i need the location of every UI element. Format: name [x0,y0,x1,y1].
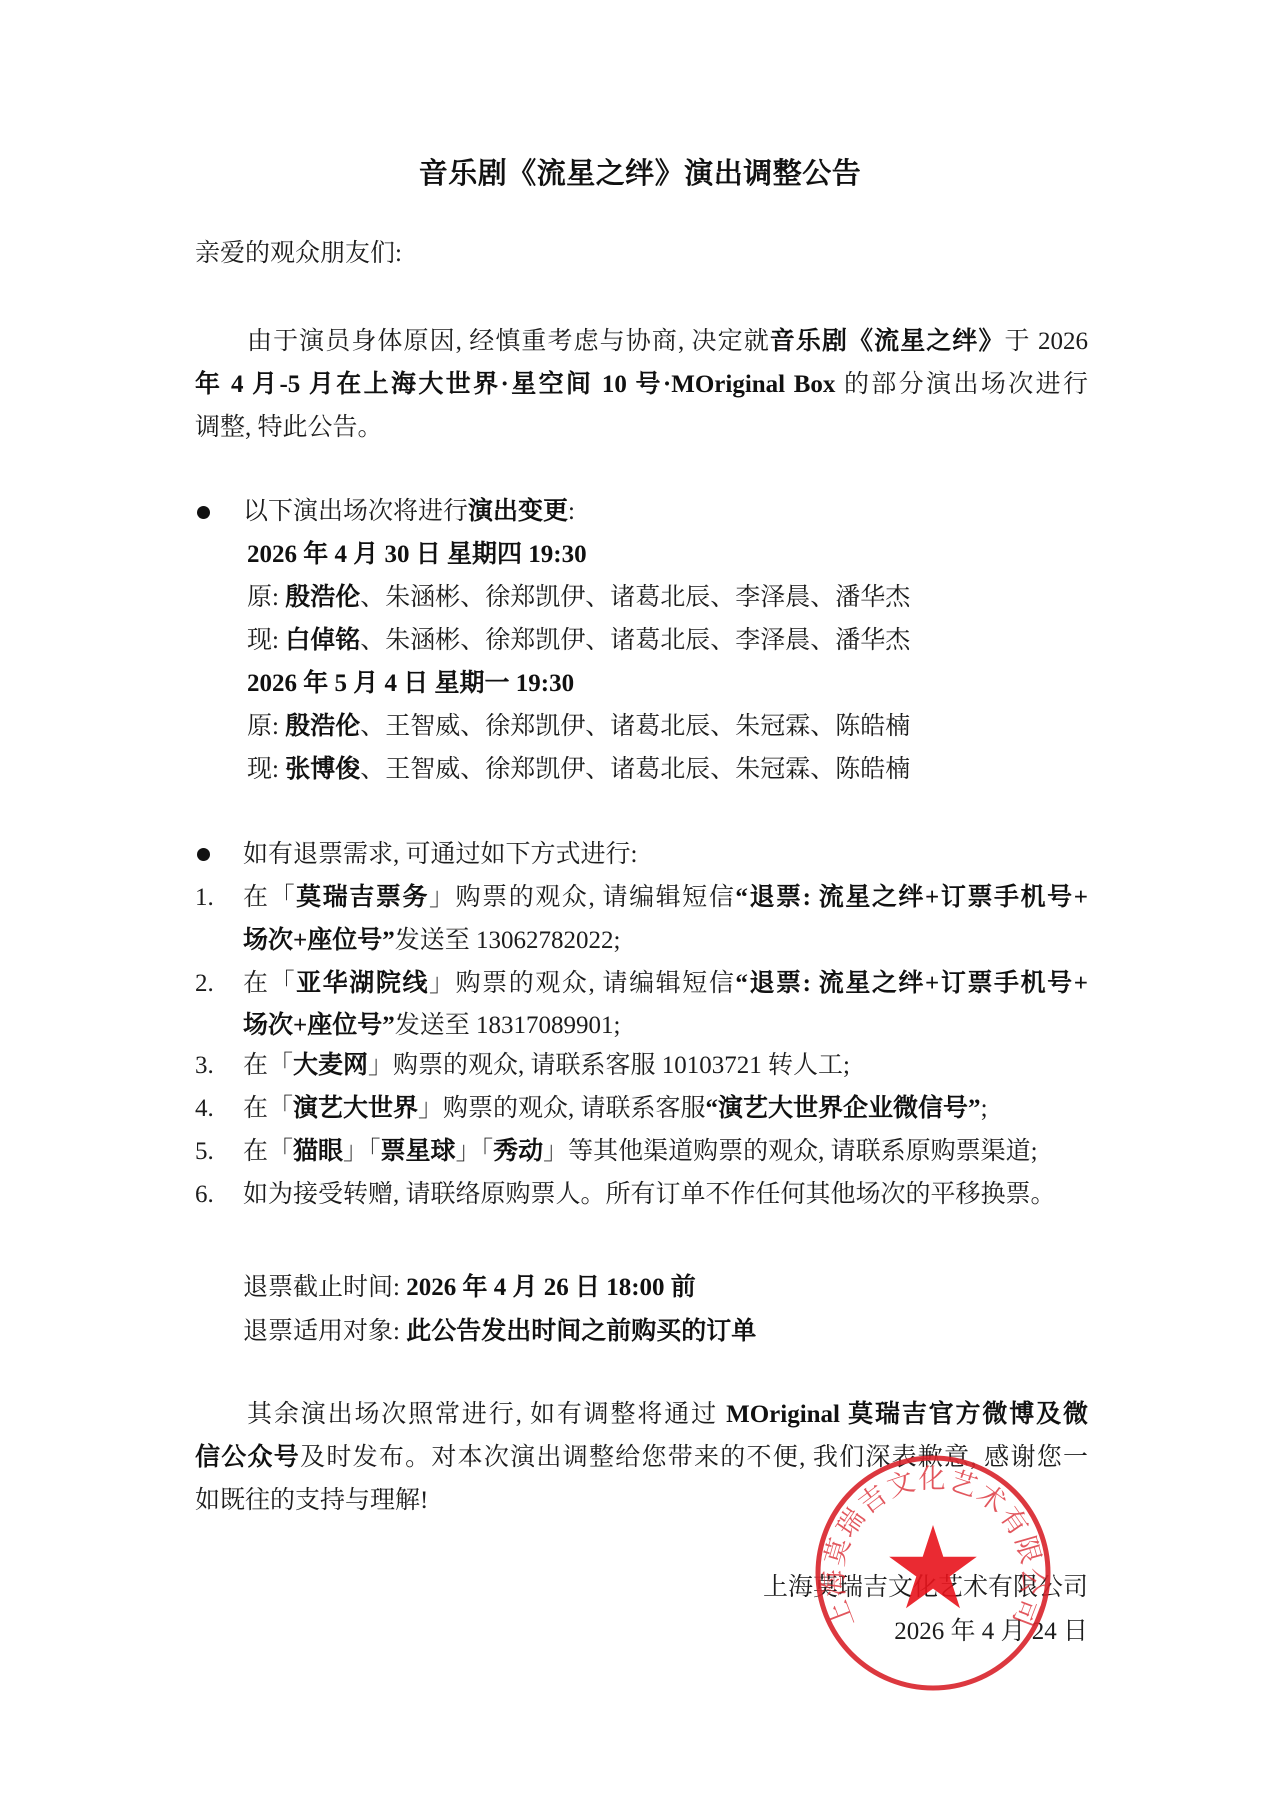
salutation: 亲爱的观众朋友们: [195,232,402,275]
signature-company: 上海莫瑞吉文化艺术有限公司 [763,1566,1088,1609]
intro-line-1: 由于演员身体原因, 经慎重考虑与协商, 决定就音乐剧《流星之绊》于 2026 [195,320,1088,363]
session-2-current-cast: 现: 张博俊、王智威、徐郑凯伊、诸葛北辰、朱冠霖、陈皓楠 [247,748,910,791]
show-name: 音乐剧《流星之绊》 [770,328,1005,355]
refund-item-5: 在「猫眼」「票星球」「秀动」等其他渠道购票的观众, 请联系原购票渠道; [243,1130,1038,1173]
closing-line-3: 如既往的支持与理解! [195,1479,428,1522]
refund-deadline: 退票截止时间: 2026 年 4 月 26 日 18:00 前 [243,1266,696,1309]
refund-item-4: 在「演艺大世界」购票的观众, 请联系客服“演艺大世界企业微信号”; [243,1087,988,1130]
changes-heading: 以下演出场次将进行演出变更: [243,490,575,533]
bullet-icon [197,506,210,519]
refund-item-3: 在「大麦网」购票的观众, 请联系客服 10103721 转人工; [243,1044,850,1087]
refund-scope: 退票适用对象: 此公告发出时间之前购买的订单 [243,1310,756,1353]
venue-and-period: 年 4 月-5 月在上海大世界·星空间 10 号·MOriginal Box [195,371,835,398]
refund-heading: 如有退票需求, 可通过如下方式进行: [243,833,637,876]
session-2-datetime: 2026 年 5 月 4 日 星期一 19:30 [247,662,574,705]
list-number: 5. [195,1130,214,1173]
intro-line-2: 年 4 月-5 月在上海大世界·星空间 10 号·MOriginal Box 的… [195,363,1088,406]
list-number: 4. [195,1087,214,1130]
page-title: 音乐剧《流星之绊》演出调整公告 [0,152,1280,196]
refund-item-1-cont: 场次+座位号”发送至 13062782022; [243,919,620,962]
refund-item-6: 如为接受转赠, 请联络原购票人。所有订单不作任何其他场次的平移换票。 [243,1173,1056,1216]
signature-date: 2026 年 4 月 24 日 [894,1610,1088,1653]
bullet-icon [197,848,210,861]
refund-item-1: 在「莫瑞吉票务」购票的观众, 请编辑短信“退票: 流星之绊+订票手机号+ [243,876,1088,919]
refund-item-2: 在「亚华湖院线」购票的观众, 请编辑短信“退票: 流星之绊+订票手机号+ [243,962,1088,1005]
refund-item-2-cont: 场次+座位号”发送至 18317089901; [243,1004,620,1047]
session-1-current-cast: 现: 白倬铭、朱涵彬、徐郑凯伊、诸葛北辰、李泽晨、潘华杰 [247,619,910,662]
list-number: 6. [195,1173,214,1216]
session-1-original-cast: 原: 殷浩伦、朱涵彬、徐郑凯伊、诸葛北辰、李泽晨、潘华杰 [247,576,910,619]
session-1-datetime: 2026 年 4 月 30 日 星期四 19:30 [247,533,587,576]
list-number: 3. [195,1044,214,1087]
list-number: 2. [195,962,214,1005]
intro-line-3: 调整, 特此公告。 [195,406,383,449]
session-2-original-cast: 原: 殷浩伦、王智威、徐郑凯伊、诸葛北辰、朱冠霖、陈皓楠 [247,705,910,748]
list-number: 1. [195,876,214,919]
closing-line-2: 信公众号及时发布。对本次演出调整给您带来的不便, 我们深表歉意, 感谢您一 [195,1436,1088,1479]
closing-line-1: 其余演出场次照常进行, 如有调整将通过 MOriginal 莫瑞吉官方微博及微 [195,1393,1088,1436]
